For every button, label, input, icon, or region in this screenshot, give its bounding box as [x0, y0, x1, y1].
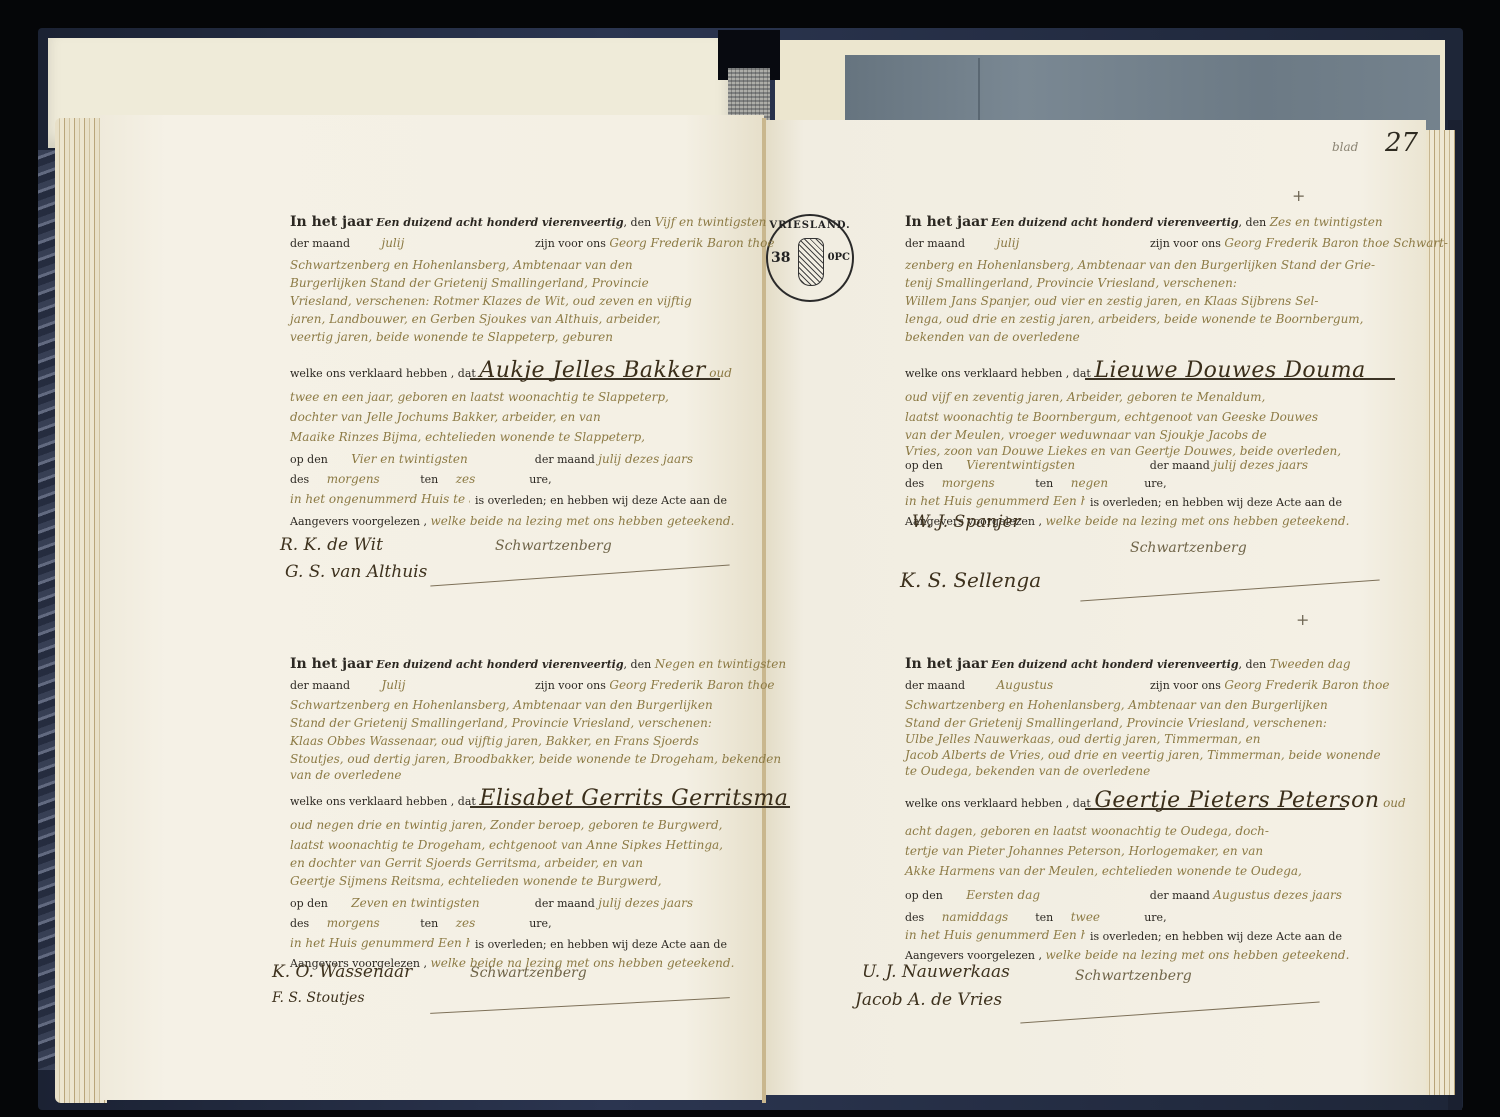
printed-der-maand: der maand — [905, 679, 965, 692]
details-line: Vries, zoon van Douwe Liekes en van Geer… — [905, 444, 1341, 458]
printed-welke: welke ons verklaard hebben , dat — [905, 797, 1091, 810]
printed-ten: ten — [420, 917, 438, 930]
closing-text: welke beide na lezing met ons hebben get… — [1045, 514, 1349, 528]
printed-op-den: op den — [290, 453, 328, 466]
death-month: Augustus dezes jaars — [1213, 888, 1342, 902]
stamp-province: VRIESLAND. — [768, 220, 852, 231]
witness-signature: Jacob A. de Vries — [855, 990, 1002, 1010]
printed-year: Een duizend acht honderd vierenveertig — [376, 658, 623, 671]
printed-der-maand: der maand — [905, 237, 965, 250]
official-line: Vriesland, verschenen: Rotmer Klazes de … — [290, 294, 692, 308]
stamp-unit: 0PC — [828, 252, 850, 263]
official-line: veertig jaren, beide wonende te Slappete… — [290, 330, 613, 344]
daypart: morgens — [928, 476, 1032, 490]
record-day: Tweeden dag — [1270, 657, 1351, 671]
details-line: Akke Harmens van der Meulen, echtelieden… — [905, 864, 1302, 878]
printed-ure: ure, — [529, 473, 551, 486]
official-line: Schwartzenberg en Hohenlansberg, Ambtena… — [290, 258, 633, 272]
official-line: Georg Frederik Baron thoe — [1224, 678, 1389, 692]
official-line: Schwartzenberg en Hohenlansberg, Ambtena… — [290, 698, 713, 712]
printed-den: , den — [1239, 216, 1267, 229]
official-line: van de overledene — [290, 768, 401, 782]
printed-opening: In het jaar — [905, 656, 988, 672]
official-line: jaren, Landbouwer, en Gerben Sjoukes van… — [290, 312, 661, 326]
official-signature: Schwartzenberg — [1075, 968, 1192, 984]
witness-signature: U. J. Nauwerkaas — [862, 962, 1010, 982]
printed-op-den: op den — [905, 459, 943, 472]
printed-welke: welke ons verklaard hebben , dat — [290, 795, 476, 808]
death-hour: negen — [1057, 476, 1141, 490]
official-line: tenij Smallingerland, Provincie Vrieslan… — [905, 276, 1237, 290]
printed-opening: In het jaar — [290, 214, 373, 230]
official-line: Willem Jans Spanjer, oud vier en zestig … — [905, 294, 1318, 308]
stamp-value: 38 — [771, 250, 790, 266]
death-month: julij dezes jaars — [598, 452, 693, 466]
printed-der-maand: der maand — [290, 679, 350, 692]
details-line: oud negen drie en twintig jaren, Zonder … — [290, 818, 722, 832]
printed-zijn-voor-ons: zijn voor ons — [535, 679, 606, 692]
details-line: twee en een jaar, geboren en laatst woon… — [290, 390, 669, 404]
printed-ure: ure, — [1144, 477, 1166, 490]
printed-ten: ten — [1035, 911, 1053, 924]
printed-des: des — [905, 911, 924, 924]
witness-signature: R. K. de Wit — [280, 535, 383, 555]
printed-is-overleden: is overleden; en hebben wij deze Acte aa… — [1090, 496, 1342, 509]
death-place: in het Huis genummerd Een honderd vier e… — [905, 494, 1085, 508]
official-line: zenberg en Hohenlansberg, Ambtenaar van … — [905, 258, 1375, 272]
printed-op-den: op den — [905, 889, 943, 902]
details-line: van der Meulen, vroeger weduwnaar van Sj… — [905, 428, 1267, 442]
details-line: en dochter van Gerrit Sjoerds Gerritsma,… — [290, 856, 643, 870]
official-signature: Schwartzenberg — [470, 965, 587, 981]
printed-den: , den — [624, 216, 652, 229]
death-hour: zes — [442, 916, 526, 930]
daypart: morgens — [313, 916, 417, 930]
death-day: Zeven en twintigsten — [331, 896, 531, 910]
death-day: Eersten dag — [946, 888, 1146, 902]
witness-signature: K. O. Wassenaar — [272, 962, 412, 982]
death-hour: twee — [1057, 910, 1141, 924]
details-line: oud — [1383, 796, 1406, 810]
official-line: Jacob Alberts de Vries, oud drie en veer… — [905, 748, 1381, 762]
printed-aangevers: Aangevers voorgelezen , — [905, 949, 1042, 962]
page-number-prefix: blad — [1332, 140, 1358, 154]
printed-zijn-voor-ons: zijn voor ons — [535, 237, 606, 250]
printed-ten: ten — [420, 473, 438, 486]
margin-cross-mark: + — [1296, 610, 1309, 629]
record-month: julij — [353, 236, 531, 250]
record-month: Julij — [353, 678, 531, 692]
printed-den: , den — [1239, 658, 1267, 671]
coat-of-arms-icon — [798, 238, 824, 286]
official-line: Georg Frederik Baron thoe Schwart- — [1224, 236, 1448, 250]
name-underline — [470, 806, 790, 808]
official-line: te Oudega, bekenden van de overledene — [905, 764, 1150, 778]
official-line: lenga, oud drie en zestig jaren, arbeide… — [905, 312, 1364, 326]
margin-cross-mark: + — [1292, 186, 1305, 205]
record-month: Augustus — [968, 678, 1146, 692]
closing-text: welke beide na lezing met ons hebben get… — [430, 514, 734, 528]
printed-year: Een duizend acht honderd vierenveertig — [991, 216, 1238, 229]
death-day: Vier en twintigsten — [331, 452, 531, 466]
printed-year: Een duizend acht honderd vierenveertig — [991, 658, 1238, 671]
printed-is-overleden: is overleden; en hebben wij deze Acte aa… — [475, 938, 727, 951]
record-month: julij — [968, 236, 1146, 250]
printed-aangevers: Aangevers voorgelezen , — [290, 515, 427, 528]
death-hour: zes — [442, 472, 526, 486]
death-place: in het Huis genummerd Een honderd zestig… — [905, 928, 1085, 942]
details-line: dochter van Jelle Jochums Bakker, arbeid… — [290, 410, 601, 424]
official-line: Stand der Grietenij Smallingerland, Prov… — [290, 716, 712, 730]
details-line: tertje van Pieter Johannes Peterson, Hor… — [905, 844, 1263, 858]
name-underline — [470, 378, 720, 380]
record-day: Vijf en twintigsten — [655, 215, 767, 229]
printed-year: Een duizend acht honderd vierenveertig — [376, 216, 623, 229]
printed-ten: ten — [1035, 477, 1053, 490]
death-month: julij dezes jaars — [598, 896, 693, 910]
official-line: Klaas Obbes Wassenaar, oud vijftig jaren… — [290, 734, 699, 748]
details-line: laatst woonachtig te Drogeham, echtgenoo… — [290, 838, 723, 852]
printed-opening: In het jaar — [905, 214, 988, 230]
death-place: in het Huis genummerd Een honderd acht e… — [290, 936, 470, 950]
official-line: Georg Frederik Baron thoe — [609, 678, 774, 692]
official-line: Stand der Grietenij Smallingerland, Prov… — [905, 716, 1327, 730]
witness-signature: G. S. van Althuis — [285, 562, 427, 582]
name-underline — [1085, 378, 1395, 380]
name-underline — [1085, 808, 1345, 810]
printed-is-overleden: is overleden; en hebben wij deze Acte aa… — [1090, 930, 1342, 943]
official-line: Ulbe Jelles Nauwerkaas, oud dertig jaren… — [905, 732, 1260, 746]
printed-welke: welke ons verklaard hebben , dat — [290, 367, 476, 380]
details-line: oud vijf en zeventig jaren, Arbeider, ge… — [905, 390, 1265, 404]
record-day: Negen en twintigsten — [655, 657, 786, 671]
printed-der-maand: der maand — [535, 453, 595, 466]
printed-opening: In het jaar — [290, 656, 373, 672]
official-line: Stoutjes, oud dertig jaren, Broodbakker,… — [290, 752, 781, 766]
printed-zijn-voor-ons: zijn voor ons — [1150, 679, 1221, 692]
official-line: bekenden van de overledene — [905, 330, 1080, 344]
printed-is-overleden: is overleden; en hebben wij deze Acte aa… — [475, 494, 727, 507]
printed-der-maand: der maand — [1150, 459, 1210, 472]
witness-signature: K. S. Sellenga — [900, 568, 1041, 592]
death-day: Vierentwintigsten — [946, 458, 1146, 472]
printed-ure: ure, — [1144, 911, 1166, 924]
death-month: julij dezes jaars — [1213, 458, 1308, 472]
official-line: Burgerlijken Stand der Grietenij Smallin… — [290, 276, 649, 290]
record-day: Zes en twintigsten — [1270, 215, 1383, 229]
printed-der-maand: der maand — [535, 897, 595, 910]
closing-text: welke beide na lezing met ons hebben get… — [1045, 948, 1349, 962]
witness-signature: F. S. Stoutjes — [272, 990, 365, 1006]
daypart: namiddags — [928, 910, 1032, 924]
printed-des: des — [290, 473, 309, 486]
printed-op-den: op den — [290, 897, 328, 910]
details-line: laatst woonachtig te Boornbergum, echtge… — [905, 410, 1318, 424]
printed-des: des — [290, 917, 309, 930]
official-signature: Schwartzenberg — [1130, 540, 1247, 556]
official-line: Georg Frederik Baron thoe — [609, 236, 774, 250]
printed-der-maand: der maand — [1150, 889, 1210, 902]
death-place: in het ongenummerd Huis te Slappeterp — [290, 492, 470, 506]
printed-der-maand: der maand — [290, 237, 350, 250]
details-line: Geertje Sijmens Reitsma, echtelieden won… — [290, 874, 662, 888]
printed-den: , den — [624, 658, 652, 671]
printed-ure: ure, — [529, 917, 551, 930]
witness-signature: W. J. Spanjer — [912, 512, 1021, 532]
details-line: acht dagen, geboren en laatst woonachtig… — [905, 824, 1269, 838]
book-gutter — [762, 118, 766, 1103]
official-signature: Schwartzenberg — [495, 538, 612, 554]
printed-des: des — [905, 477, 924, 490]
province-stamp: VRIESLAND. 38 0PC — [766, 214, 854, 302]
official-line: Schwartzenberg en Hohenlansberg, Ambtena… — [905, 698, 1328, 712]
printed-zijn-voor-ons: zijn voor ons — [1150, 237, 1221, 250]
details-line: Maaike Rinzes Bijma, echtelieden wonende… — [290, 430, 645, 444]
printed-welke: welke ons verklaard hebben , dat — [905, 367, 1091, 380]
page-number: 27 — [1385, 128, 1418, 158]
daypart: morgens — [313, 472, 417, 486]
